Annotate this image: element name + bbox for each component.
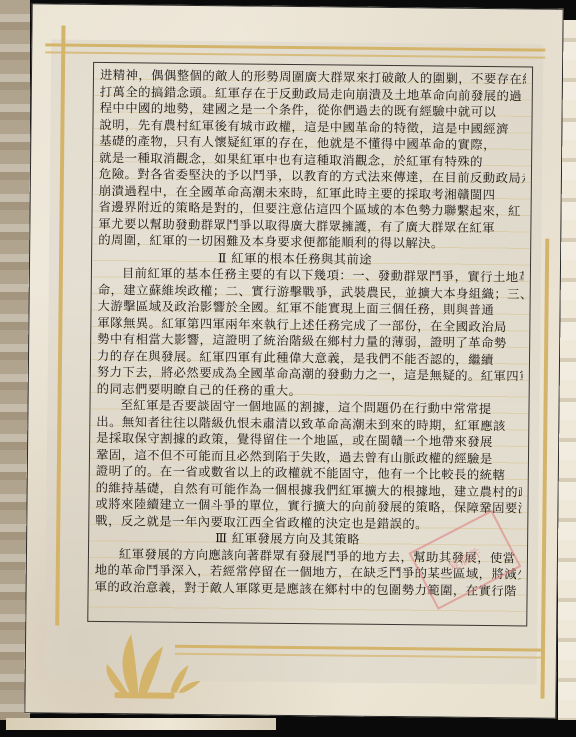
plant-ornament-icon xyxy=(100,624,211,705)
manuscript-paper: 进精神，偶偶整個的敵人的形勢周圍廣大群眾來打破敵人的圍剿，不要存在絲毫正 打萬全… xyxy=(24,3,563,719)
gold-rule-right xyxy=(540,239,549,699)
background-sheet-bottom xyxy=(6,718,276,730)
